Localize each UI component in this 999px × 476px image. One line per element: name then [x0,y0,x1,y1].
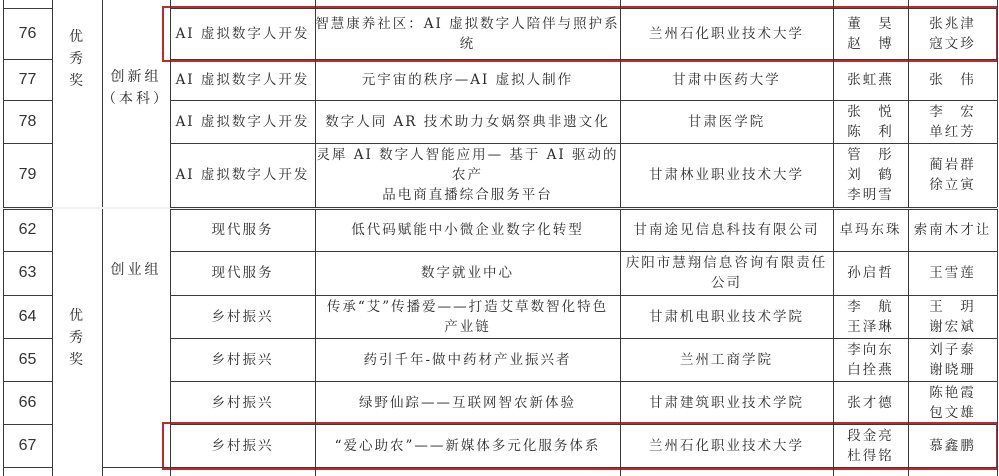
row-border-top [170,338,997,339]
column-border [102,8,103,207]
advisor-name: 慕鑫鹏 [929,436,976,456]
members-cell: 张虹燕 [833,59,908,100]
school-line: 庆阳市慧翔信息咨询有限责任 [626,253,828,273]
track-cell: 乡村振兴 [170,338,315,381]
project-line: 传承“艾”传播爱——打造艾草数智化特色 [327,297,608,317]
member-name: 杜得铭 [847,446,894,466]
row-border-top [3,209,52,210]
advisors-cell: 张 伟 [908,59,997,100]
advisors-cell: 蔺岩群徐立寅 [908,143,997,207]
row-border-top [170,100,997,101]
row-border-top [3,8,52,9]
members-cell: 李向东白拴燕 [833,338,908,381]
advisor-name: 蔺岩群 [929,155,976,175]
award-char: 优 [69,26,85,48]
column-border [3,467,4,476]
school-cell: 庆阳市慧翔信息咨询有限责任公司 [620,251,833,295]
column-border [52,209,53,467]
project-cell: 灵犀 AI 数字人智能应用— 基于 AI 驱动的农产品电商直播综合服务平台 [315,143,620,207]
advisor-name: 包文雄 [929,403,976,423]
column-border [315,467,316,476]
members-cell: 孙启哲 [833,251,908,295]
school-cell: 甘肃林业职业技术大学 [620,143,833,207]
column-border [997,467,998,476]
project-cell: 元宇宙的秩序—AI 虚拟人制作 [315,59,620,100]
column-border [908,209,909,467]
column-border [315,209,316,467]
group-label: 创业组 [111,259,162,281]
row-number: 63 [3,251,52,295]
column-border [102,209,103,467]
column-border [833,209,834,467]
column-border [833,467,834,476]
advisors-cell: 李 宏单红芳 [908,100,997,143]
column-border [620,0,621,8]
track-cell: 乡村振兴 [170,295,315,338]
column-border [170,209,171,467]
track-cell: 现代服务 [170,251,315,295]
column-border [997,8,998,207]
track-cell: 现代服务 [170,209,315,251]
member-name: 孙启哲 [847,263,894,283]
row-border-top [3,295,52,296]
members-cell: 张才德 [833,381,908,424]
column-border [620,209,621,467]
member-name: 张虹燕 [847,70,894,90]
row-number: 76 [3,8,52,59]
member-name: 陈 利 [847,122,894,142]
advisor-name: 王 玥 [929,297,976,317]
column-border [908,8,909,207]
project-line: 灵犀 AI 数字人智能应用— 基于 AI 驱动的农产 [315,145,620,185]
member-name: 段金亮 [847,426,894,446]
row-border-top [170,424,997,425]
advisor-name: 张 伟 [929,70,976,90]
section-border-bottom [170,467,997,468]
advisor-name: 谢晓珊 [929,360,976,380]
advisors-cell: 张兆津寇文珍 [908,8,997,59]
members-cell: 张 悦陈 利 [833,100,908,143]
track-cell: AI 虚拟数字人开发 [170,143,315,207]
row-border-top [170,8,997,9]
member-name: 白拴燕 [847,360,894,380]
school-cell: 兰州工商学院 [620,338,833,381]
section-border-bottom [170,207,997,208]
group-cell: 创新组（本科） [102,8,170,207]
row-border-top [3,381,52,382]
advisor-name: 李 宏 [929,102,976,122]
member-name: 张才德 [847,393,894,413]
advisors-cell: 王雪莲 [908,251,997,295]
advisor-name: 刘子泰 [929,340,976,360]
column-border [52,467,53,476]
school-cell: 兰州石化职业技术大学 [620,8,833,59]
member-name: 赵 博 [847,34,894,54]
project-line: 品电商直播综合服务平台 [382,185,553,205]
column-border [170,467,171,476]
advisors-cell: 陈艳霞包文雄 [908,381,997,424]
section-border-bottom [3,207,52,208]
column-border [833,0,834,8]
column-border [102,0,103,8]
row-border-top [170,209,997,210]
advisor-name: 索南木才让 [914,220,992,240]
section-border-bottom [102,467,170,468]
advisor-name: 张兆津 [929,14,976,34]
school-cell: 兰州石化职业技术大学 [620,424,833,467]
row-number: 64 [3,295,52,338]
advisor-name: 谢宏斌 [929,317,976,337]
column-border [833,8,834,207]
advisors-cell: 慕鑫鹏 [908,424,997,467]
award-char: 优 [69,305,85,327]
column-border [170,0,171,8]
member-name: 董 昊 [847,14,894,34]
member-name: 李 航 [847,297,894,317]
member-name: 李向东 [847,340,894,360]
award-char: 秀 [69,327,85,349]
track-cell: AI 虚拟数字人开发 [170,100,315,143]
project-cell: 传承“艾”传播爱——打造艾草数智化特色产业链 [315,295,620,338]
advisor-name: 寇文珍 [929,34,976,54]
row-border-top [170,59,997,60]
project-cell: 数字人同 AR 技术助力女娲祭典非遗文化 [315,100,620,143]
school-line: 公司 [711,273,742,293]
column-border [102,467,103,476]
member-name: 张 悦 [847,102,894,122]
school-cell: 甘肃机电职业技术学院 [620,295,833,338]
project-cell: 药引千年-做中药材产业振兴者 [315,338,620,381]
track-cell: AI 虚拟数字人开发 [170,8,315,59]
advisors-cell: 索南木才让 [908,209,997,251]
row-number: 78 [3,100,52,143]
column-border [620,8,621,207]
column-border [620,467,621,476]
school-cell: 甘肃建筑职业技术学院 [620,381,833,424]
column-border [315,0,316,8]
group-label-line: 创新组 [111,66,162,88]
row-border-top [3,59,52,60]
award-cell: 优秀奖 [52,209,102,467]
column-border [52,8,53,207]
row-number: 62 [3,209,52,251]
column-border [3,209,4,467]
members-cell: 管 彤刘 鹤李明雪 [833,143,908,207]
row-number: 65 [3,338,52,381]
row-border-top [3,424,52,425]
advisors-cell: 刘子泰谢晓珊 [908,338,997,381]
advisor-name: 单红芳 [929,122,976,142]
row-border-top [3,143,52,144]
project-cell: 低代码赋能中小微企业数字化转型 [315,209,620,251]
group-cell: 创业组 [102,209,170,467]
member-name: 刘 鹤 [847,165,894,185]
track-cell: AI 虚拟数字人开发 [170,59,315,100]
column-border [315,8,316,207]
track-cell: 乡村振兴 [170,381,315,424]
member-name: 卓玛东珠 [840,220,902,240]
column-border [3,0,4,8]
school-cell: 甘肃中医药大学 [620,59,833,100]
advisor-name: 陈艳霞 [929,383,976,403]
project-cell: 绿野仙踪——互联网智农新体验 [315,381,620,424]
section-border-bottom [3,467,52,468]
award-char: 奖 [69,70,85,92]
column-border [908,467,909,476]
member-name: 李明雪 [847,185,894,205]
row-border-top [170,143,997,144]
row-number: 67 [3,424,52,467]
advisors-cell: 王 玥谢宏斌 [908,295,997,338]
row-number: 66 [3,381,52,424]
row-border-top [170,381,997,382]
project-cell: 数字就业中心 [315,251,620,295]
members-cell: 李 航王泽琳 [833,295,908,338]
project-cell: 智慧康养社区：AI 虚拟数字人陪伴与照护系统 [315,8,620,59]
member-name: 王泽琳 [847,317,894,337]
award-cell: 优秀奖 [52,8,102,133]
column-border [908,0,909,8]
row-border-top [170,251,997,252]
track-cell: 乡村振兴 [170,424,315,467]
members-cell: 卓玛东珠 [833,209,908,251]
advisor-name: 徐立寅 [929,175,976,195]
group-label-line: （本科） [102,88,170,110]
column-border [997,209,998,467]
row-border-top [3,100,52,101]
row-border-top [170,295,997,296]
member-name: 管 彤 [847,145,894,165]
row-border-top [3,338,52,339]
column-border [170,8,171,207]
row-border-top [3,251,52,252]
column-border [52,0,53,8]
column-border [997,0,998,8]
school-cell: 甘肃医学院 [620,100,833,143]
row-number: 77 [3,59,52,100]
members-cell: 董 昊赵 博 [833,8,908,59]
project-line: 产业链 [444,317,491,337]
row-number: 79 [3,143,52,207]
school-cell: 甘南途见信息科技有限公司 [620,209,833,251]
award-char: 秀 [69,48,85,70]
members-cell: 段金亮杜得铭 [833,424,908,467]
award-char: 奖 [69,349,85,371]
project-cell: “爱心助农”——新媒体多元化服务体系 [315,424,620,467]
advisor-name: 王雪莲 [929,263,976,283]
column-border [3,8,4,207]
